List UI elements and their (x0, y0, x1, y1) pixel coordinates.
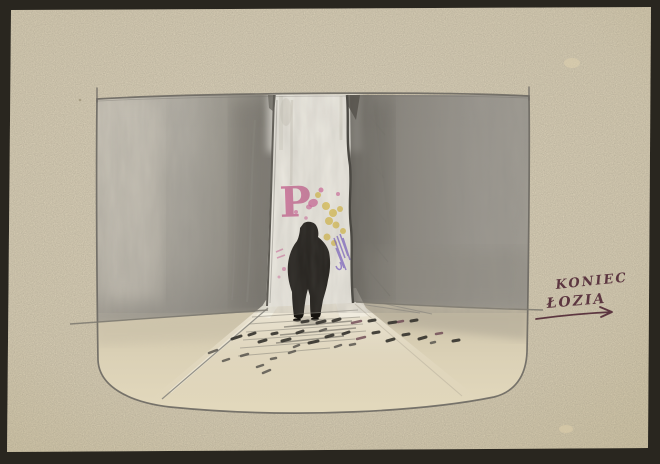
sketch-canvas: P (0, 0, 660, 464)
paper-stain (564, 58, 580, 68)
paper-speck (79, 99, 82, 102)
paper-stain (559, 425, 573, 433)
graphite-texture (96, 95, 531, 313)
sketch-interior: P (96, 92, 531, 414)
scanned-storyboard-sketch: P (0, 0, 660, 464)
